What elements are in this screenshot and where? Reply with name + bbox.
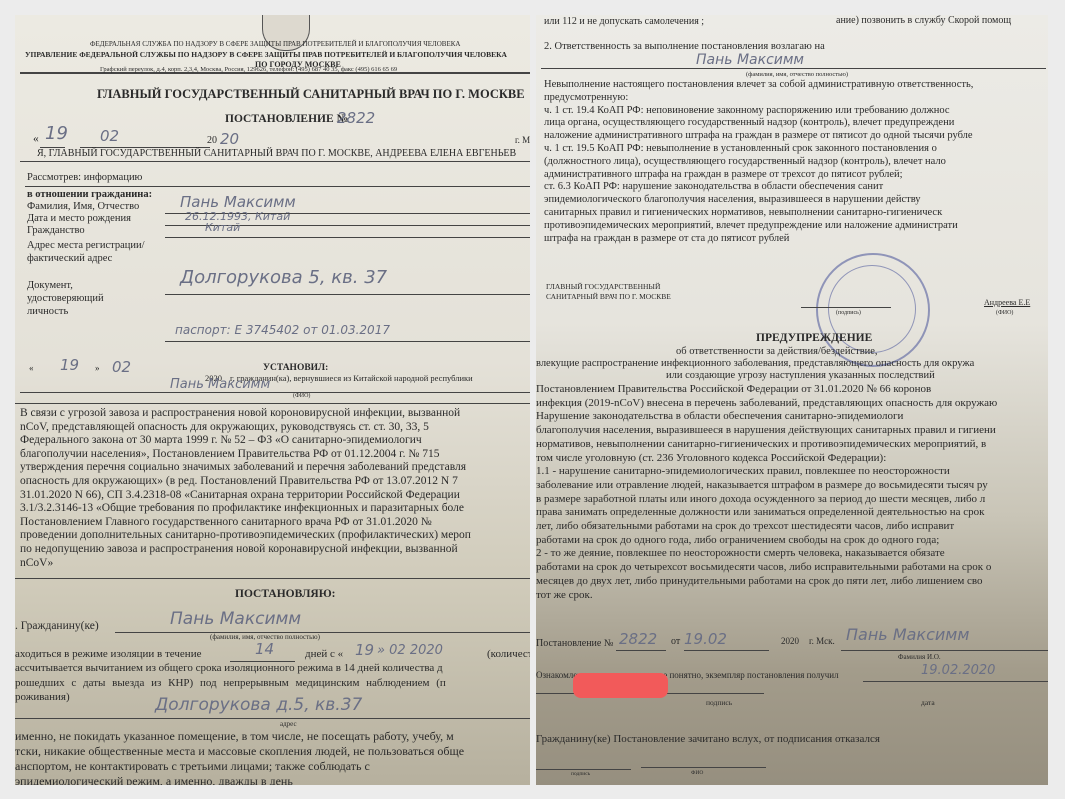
text-line: проведении дополнительных санитарно-прот… [20,529,530,543]
form-underline [863,681,1048,682]
decree-number: 2822 [337,109,375,127]
text-line: nCoV» [20,557,530,571]
form-underline [15,578,530,579]
text-line: лица органа, осуществляющего государстве… [544,117,1044,130]
text-fragment: « [29,363,34,373]
field-label-birth: Дата и место рождения [27,213,131,224]
text-fragment: « [33,133,39,145]
text-line: работами на срок до четырехсот восьмидес… [536,561,1048,575]
text-fragment: аходиться в режиме изоляции в течение [15,648,201,660]
text-line: инфекция (2019-nCoV) внесена в перечень … [536,397,1048,411]
chief-doctor-title: ГЛАВНЫЙ ГОСУДАРСТВЕННЫЙ САНИТАРНЫЙ ВРАЧ … [97,87,525,102]
signatory-name: Андреева Е.Е [984,298,1030,307]
field-value-document: паспорт: E 3745402 от 01.03.2017 [175,323,390,337]
form-underline [641,767,766,768]
text-line: благополучии населения», Постановлением … [20,448,530,462]
form-underline [616,650,666,651]
text-fragment: дата [921,698,935,707]
text-line: Невыполнение настоящего постановления вл… [544,79,1044,92]
text-fragment: или создающие угрозу наступления указанн… [666,370,935,381]
form-underline [15,718,530,719]
ack-date: 19.02 [684,630,727,648]
decree-page-right: или 112 и не допускать самолечения ; ани… [536,15,1048,785]
form-underline [165,341,530,342]
text-line: заболевание или отравление людей, наказы… [536,479,1048,493]
text-fragment: Фамилия И.О. [898,653,941,661]
text-line: в размере заработной платы или иного дох… [536,493,1048,507]
text-fragment: дней с « [305,648,343,660]
text-fragment: ФИО [691,770,703,776]
text-line: Федерального закона от 30 марта 1999 г. … [20,434,530,448]
established-name: Пань Максимм [170,377,270,392]
established-month: 02 [112,358,131,376]
text-fragment: » [95,363,100,373]
text-fragment: 20 [207,135,217,146]
text-fragment: влекущие распространение инфекционного з… [536,358,974,369]
text-line: 31.01.2020 N 66), СП 3.4.2318-08 «Санита… [20,489,530,503]
legal-basis-paragraph: В связи с угрозой завоза и распространен… [20,407,530,570]
text-line: Постановлением Правительства Российской … [536,383,1048,397]
decree-title: ПОСТАНОВЛЕНИЕ № [225,113,348,125]
text-line: права занимать определенные должности ил… [536,506,1048,520]
field-value-name: Пань Максимм [180,193,296,211]
field-label-address: Адрес места регистрации/фактический адре… [27,239,162,265]
text-line: В связи с угрозой завоза и распространен… [20,407,530,421]
agency-line-1: ФЕДЕРАЛЬНАЯ СЛУЖБА ПО НАДЗОРУ В СФЕРЕ ЗА… [90,40,460,48]
field-label-name: Фамилия, Имя, Отчество [27,201,139,212]
text-line: противоэпидемических мероприятий, влечет… [544,220,1044,233]
field-value-address: Долгорукова 5, кв. 37 [180,267,387,288]
signatory-name-caption: (ФИО) [996,310,1013,316]
text-line: санитарных правил и гигиенических нормат… [544,207,1044,220]
date-month: 02 [100,127,119,145]
text-line: нормативов, невыполнении санитарно-гигие… [536,438,1048,452]
text-line: тот же срок. [536,589,1048,603]
text-line: анспортом, не контактировать с третьими … [15,759,530,774]
citizen-label: . Гражданину(ке) [15,620,99,632]
text-line: штрафа на граждан в размере от ста до пя… [544,233,1044,246]
liability-paragraph: Невыполнение настоящего постановления вл… [544,79,1044,245]
established-day: 19 [60,356,79,374]
text-line: именно, не покидать указанное помещение,… [15,729,530,744]
form-underline [15,403,530,404]
text-line: административного штрафа на граждан в ра… [544,169,1044,182]
text-line: том числе уголовную (ст. 236 Уголовного … [536,452,1048,466]
text-line: эпидемиологического благополучия населен… [544,194,1044,207]
text-fragment: рошедших с даты выезда из КНР) под непре… [15,677,446,689]
text-fragment: подпись [706,698,732,707]
isolation-rules-paragraph: именно, не покидать указанное помещение,… [15,729,530,785]
citizen-value: Пань Максимм [170,609,301,629]
field-label-citizenship: Гражданство [27,225,85,236]
text-fragment: ассчитывается вычитанием из общего срока… [15,662,443,674]
agency-address: Графский переулок, д.4, корп. 2,3,4, Мос… [100,66,397,73]
text-line: эпидемиологический режим, а именно, дваж… [15,774,530,785]
text-fragment: г. Мск. [809,636,835,646]
agency-line-2: УПРАВЛЕНИЕ ФЕДЕРАЛЬНОЙ СЛУЖБЫ ПО НАДЗОРУ… [25,50,507,59]
text-line: (должностного лица), осуществляющего гос… [544,156,1044,169]
text-line: благополучия населения, выразившееся в н… [536,424,1048,438]
text-line: ст. 6.3 КоАП РФ: нарушение законодательс… [544,181,1044,194]
ack-name: Пань Максимм [846,625,969,644]
established-heading: УСТАНОВИЛ: [263,363,328,373]
field-label-document: Документ, удостоверяющий личность [27,279,137,318]
text-line: по недопущению завоза и распространения … [20,543,530,557]
form-underline [536,769,631,770]
responsible-caption: (фамилия, имя, отчество полностью) [746,71,848,78]
signatory-line-1: ГЛАВНЫЙ ГОСУДАРСТВЕННЫЙ [546,282,660,291]
city: г. М [515,135,530,145]
field-value-citizenship: Китай [205,221,240,234]
form-underline [20,392,530,393]
text-line: утверждения перечня социально значимых з… [20,461,530,475]
text-line: тски, никакие общественные места и массо… [15,744,530,759]
redacted-signature [573,673,668,698]
form-underline [541,68,1046,69]
text-fragment: ание) позвонить в службу Скорой помощ [836,15,1011,26]
form-underline [801,307,891,308]
text-fragment: или 112 и не допускать самолечения ; [544,16,704,27]
text-line: ч. 1 ст. 19.5 КоАП РФ: невыполнение в ус… [544,143,1044,156]
isolation-start-day: 19 [355,641,374,659]
text-line: 1.1 - нарушение санитарно-эпидемиологиче… [536,465,1048,479]
text-fragment: подпись [571,771,590,777]
responsible-name: Пань Максимм [696,52,804,68]
form-underline [20,161,530,162]
text-line: предусмотренную: [544,92,1044,105]
text-fragment: Постановление № [536,638,613,649]
text-line: лет, либо обязательными работами на срок… [536,520,1048,534]
isolation-days: 14 [255,640,274,658]
warning-paragraph: Постановлением Правительства Российской … [536,383,1048,602]
form-underline [165,237,530,238]
resolve-heading: ПОСТАНОВЛЯЮ: [235,588,336,600]
considered-label: Рассмотрев: информацию [27,172,142,183]
text-line: месяцев до двух лет, либо принудительным… [536,575,1048,589]
responsibility-text: 2. Ответственность за выполнение постано… [544,41,825,52]
regarding-label: в отношении гражданина: [27,189,152,200]
text-line: nCoV, представляющей опасность для окруж… [20,421,530,435]
established-caption: (ФИО) [293,393,310,399]
refusal-text: Гражданину(ке) Постановление зачитано вс… [536,733,880,745]
signature-caption: (подпись) [836,310,861,316]
form-underline [684,650,769,651]
isolation-start-rest: » 02 2020 [377,643,443,658]
text-line: ч. 1 ст. 19.4 КоАП РФ: неповиновение зак… [544,105,1044,118]
warning-heading: ПРЕДУПРЕЖДЕНИЕ [756,332,872,344]
text-line: работами на срок до одного года, либо ог… [536,534,1048,548]
text-line: опасность для окружающих» (в ред. Постан… [20,475,530,489]
text-line: 2 - то же деяние, повлекшее по неосторож… [536,547,1048,561]
ack-received-date: 19.02.2020 [921,663,995,678]
text-fragment: об ответственности за действия/бездейств… [676,346,878,357]
text-line: наложение административного штрафа на гр… [544,130,1044,143]
decree-page-left: ФЕДЕРАЛЬНАЯ СЛУЖБА ПО НАДЗОРУ В СФЕРЕ ЗА… [15,15,530,785]
text-fragment: роживания) [15,691,70,703]
text-line: Нарушение законодательства в области обе… [536,410,1048,424]
isolation-address: Долгорукова д.5, кв.37 [155,695,362,715]
text-fragment: 2020 [781,636,799,646]
form-underline [165,294,530,295]
official-statement: Я, ГЛАВНЫЙ ГОСУДАРСТВЕННЫЙ САНИТАРНЫЙ ВР… [37,148,516,159]
date-day: 19 [45,123,68,144]
text-line: Постановлением Главного государственного… [20,516,530,530]
text-line: 3.1/3.2.3146-13 «Общие требования по про… [20,502,530,516]
form-underline [25,186,530,187]
address-caption: адрес [280,720,297,728]
text-fragment: (количест [487,648,530,660]
text-fragment: от [671,636,680,647]
ack-decree-number: 2822 [619,630,657,648]
signatory-line-2: САНИТАРНЫЙ ВРАЧ ПО Г. МОСКВЕ [546,292,671,301]
date-year: 20 [220,130,239,148]
form-underline [115,632,530,633]
form-underline [841,650,1048,651]
